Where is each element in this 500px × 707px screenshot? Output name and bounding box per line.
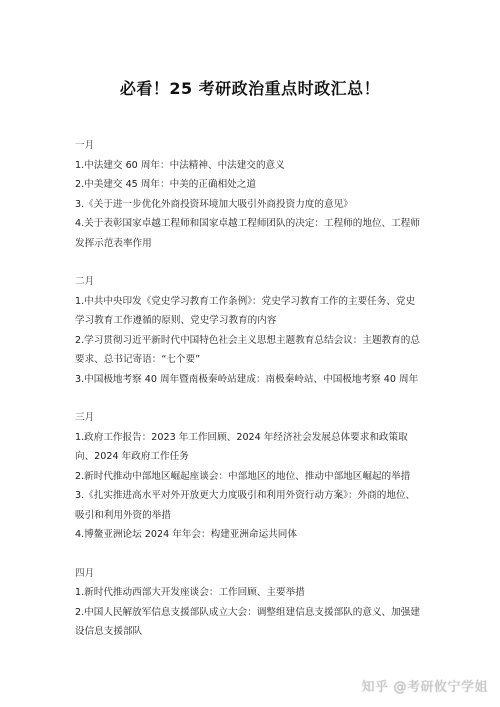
month-heading: 三月 [75,408,420,428]
document-page: 必看！25 考研政治重点时政汇总！ 一月 1.中法建交 60 周年：中法精神、中… [0,0,500,707]
watermark-author: @考研攸宁学姐 [393,680,488,695]
list-item: 3.《关于进一步优化外商投资环境加大吸引外商投资力度的意见》 [75,195,420,215]
document-body: 一月 1.中法建交 60 周年：中法精神、中法建交的意义 2.中美建交 45 周… [75,136,420,642]
list-item: 1.新时代推动西部大开发座谈会：工作回顾、主要举措 [75,583,420,603]
section-january: 一月 1.中法建交 60 周年：中法精神、中法建交的意义 2.中美建交 45 周… [75,136,420,253]
month-heading: 一月 [75,136,420,156]
month-heading: 二月 [75,272,420,292]
section-march: 三月 1.政府工作报告：2023 年工作回顾、2024 年经济社会发展总体要求和… [75,408,420,545]
list-item: 3.中国极地考察 40 周年暨南极秦岭站建成：南极秦岭站、中国极地考察 40 周… [75,370,420,390]
month-heading: 四月 [75,564,420,584]
list-item: 2.新时代推动中部地区崛起座谈会：中部地区的地位、推动中部地区崛起的举措 [75,467,420,487]
list-item: 4.关于表彰国家卓越工程师和国家卓越工程师团队的决定：工程师的地位、工程师发挥示… [75,214,420,253]
list-item: 3.《扎实推进高水平对外开放更大力度吸引和利用外资行动方案》：外商的地位、吸引和… [75,486,420,525]
list-item: 1.中共中央印发《党史学习教育工作条例》：党史学习教育工作的主要任务、党史学习教… [75,292,420,331]
list-item: 2.中美建交 45 周年：中美的正确相处之道 [75,175,420,195]
section-february: 二月 1.中共中央印发《党史学习教育工作条例》：党史学习教育工作的主要任务、党史… [75,272,420,389]
list-item: 1.政府工作报告：2023 年工作回顾、2024 年经济社会发展总体要求和政策取… [75,428,420,467]
watermark-platform: 知乎 [361,680,388,695]
section-april: 四月 1.新时代推动西部大开发座谈会：工作回顾、主要举措 2.中国人民解放军信息… [75,564,420,642]
list-item: 2.中国人民解放军信息支援部队成立大会：调整组建信息支援部队的意义、加强建设信息… [75,603,420,642]
list-item: 2.学习贯彻习近平新时代中国特色社会主义思想主题教育总结会议：主题教育的总要求、… [75,331,420,370]
list-item: 1.中法建交 60 周年：中法精神、中法建交的意义 [75,156,420,176]
watermark: 知乎@考研攸宁学姐 [361,676,488,695]
page-title: 必看！25 考研政治重点时政汇总！ [0,76,500,99]
list-item: 4.博鳌亚洲论坛 2024 年年会：构建亚洲命运共同体 [75,525,420,545]
